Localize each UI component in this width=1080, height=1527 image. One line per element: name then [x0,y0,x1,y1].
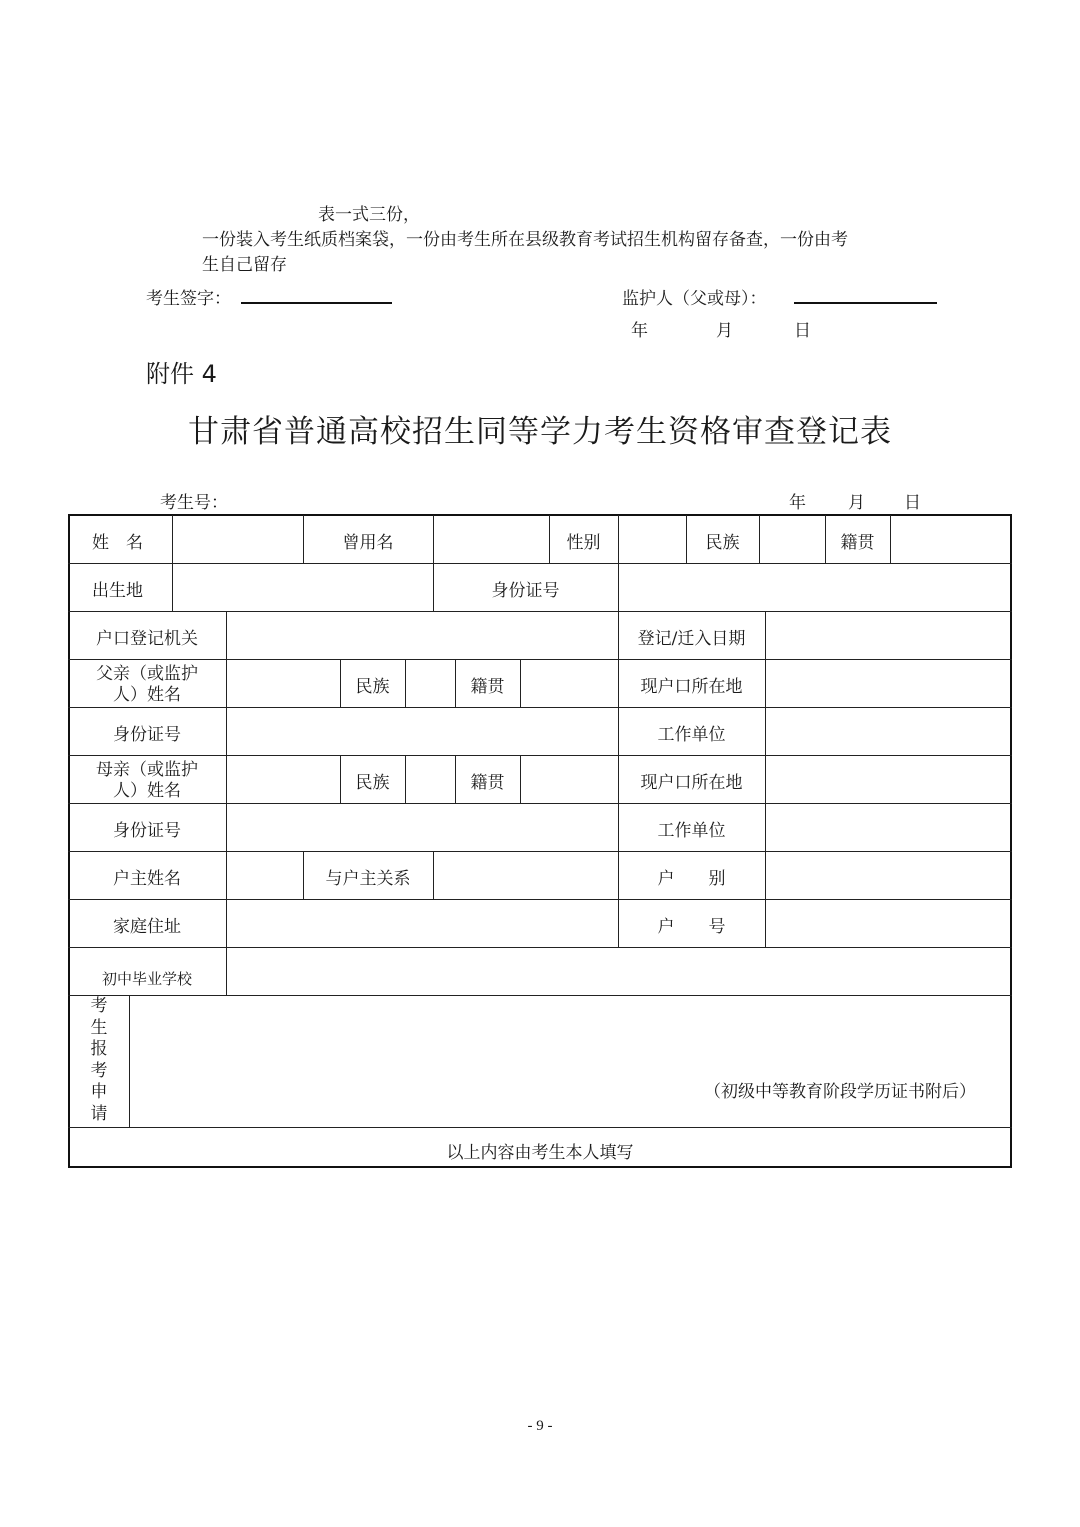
label-name: 姓 名 [68,519,172,567]
label-mother-line2: 人）姓名 [113,781,181,802]
label-mother-ethnicity: 民族 [340,759,405,807]
row-divider [68,1127,1012,1128]
field-mother-name[interactable] [226,759,340,807]
field-birthplace[interactable] [172,567,433,615]
label-registry-office: 户口登记机关 [68,615,226,663]
label-former-name: 曾用名 [303,519,433,567]
student-signature-line[interactable] [241,302,392,304]
field-junior-school[interactable] [226,947,1012,995]
label-mother-workplace: 工作单位 [618,807,765,855]
form-year: 年 [789,488,806,513]
label-mother-current-registry: 现户口所在地 [618,759,765,807]
field-relation-to-householder[interactable] [433,855,618,903]
form-title: 甘肃省普通高校招生同等学力考生资格审查登记表 [0,406,1080,451]
field-father-native-place[interactable] [520,663,618,711]
label-native-place: 籍贯 [825,519,890,567]
signature-day: 日 [794,316,811,341]
field-householder-name[interactable] [226,855,303,903]
field-former-name[interactable] [433,519,549,567]
field-home-address[interactable] [226,903,618,951]
field-application[interactable] [129,995,1012,1127]
signature-year: 年 [631,316,648,341]
field-mother-id-number[interactable] [226,807,618,855]
label-id-number: 身份证号 [433,567,618,615]
field-gender[interactable] [618,519,686,567]
form-day: 日 [904,488,921,513]
label-ethnicity: 民族 [686,519,759,567]
label-father-line1: 父亲（或监护 [96,664,198,685]
label-mother-line1: 母亲（或监护 [96,760,198,781]
label-father-name: 父亲（或监护 人）姓名 [68,661,226,709]
label-father-current-registry: 现户口所在地 [618,663,765,711]
label-home-address: 家庭住址 [68,903,226,951]
label-father-workplace: 工作单位 [618,711,765,759]
label-father-ethnicity: 民族 [340,663,405,711]
field-mother-current-registry[interactable] [765,759,1012,807]
copies-note: 表一式三份， [318,200,420,225]
label-mother-native-place: 籍贯 [455,759,520,807]
label-birthplace: 出生地 [68,567,172,615]
field-mother-native-place[interactable] [520,759,618,807]
student-signature-label: 考生签字： [146,284,231,309]
label-mother-id-number: 身份证号 [68,807,226,855]
copies-note-detail-cont: 生自己留存 [202,250,287,275]
label-application: 考 生 报 考 申 请 [69,996,129,1125]
label-household-number: 户 号 [618,903,765,951]
field-father-workplace[interactable] [765,711,1012,759]
guardian-signature-label: 监护人（父或母）： [622,284,767,309]
label-father-native-place: 籍贯 [455,663,520,711]
form-month: 月 [848,488,865,513]
label-father-id-number: 身份证号 [68,711,226,759]
field-father-ethnicity[interactable] [405,663,455,711]
field-id-number[interactable] [618,567,1012,615]
field-mother-ethnicity[interactable] [405,759,455,807]
field-household-number[interactable] [765,903,1012,951]
label-registry-date: 登记/迁入日期 [618,615,765,663]
label-mother-name: 母亲（或监护 人）姓名 [68,757,226,805]
signature-month: 月 [716,316,733,341]
certificate-note: （初级中等教育阶段学历证书附后） [704,1077,976,1102]
self-fill-note: 以上内容由考生本人填写 [68,1133,1012,1173]
field-native-place[interactable] [890,519,1012,567]
label-gender: 性别 [549,519,618,567]
field-father-id-number[interactable] [226,711,618,759]
label-father-line2: 人）姓名 [113,685,181,706]
field-father-name[interactable] [226,663,340,711]
field-registry-date[interactable] [765,615,1012,663]
label-householder-name: 户主姓名 [68,855,226,903]
field-name[interactable] [172,519,303,567]
field-household-type[interactable] [765,855,1012,903]
field-registry-office[interactable] [226,615,618,663]
field-mother-workplace[interactable] [765,807,1012,855]
field-father-current-registry[interactable] [765,663,1012,711]
page-number: - 9 - [0,1418,1080,1435]
label-relation-to-householder: 与户主关系 [303,855,433,903]
label-household-type: 户 别 [618,855,765,903]
exam-number-label: 考生号： [160,488,228,513]
annex-label: 附件 4 [146,354,217,389]
copies-note-detail: 一份装入考生纸质档案袋，一份由考生所在县级教育考试招生机构留存备查，一份由考 [202,225,848,250]
field-ethnicity[interactable] [759,519,825,567]
guardian-signature-line[interactable] [794,302,937,304]
